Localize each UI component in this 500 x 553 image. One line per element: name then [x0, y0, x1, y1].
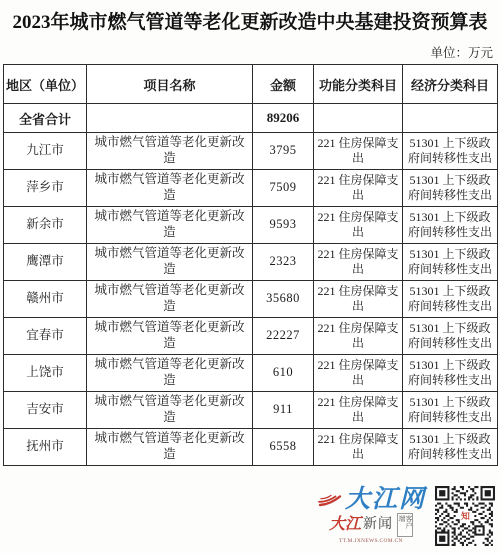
brand-url: TT.M.JXNEWS.COM.CN: [339, 538, 403, 543]
qr-center-mark: 知: [461, 510, 470, 521]
unit-label: 单位：万元: [0, 43, 493, 61]
cell-econ: 51301 上下级政府间转移性支出: [403, 392, 498, 429]
col-header-project: 项目名称: [87, 65, 253, 104]
cell-project: 城市燃气管道等老化更新改造: [87, 281, 253, 318]
cell-func: 221 住房保障支出: [314, 355, 403, 392]
col-header-econ: 经济分类科目: [403, 65, 498, 104]
cell-region: 赣州市: [4, 281, 87, 318]
cell-func: 221 住房保障支出: [314, 207, 403, 244]
dajiang-net-logo: 大江网: [316, 487, 426, 512]
cell-econ: 51301 上下级政府间转移性支出: [403, 207, 498, 244]
cell-region: 九江市: [4, 133, 87, 170]
total-region: 全省合计: [4, 104, 87, 133]
cell-amount: 35680: [253, 281, 314, 318]
cell-project: 城市燃气管道等老化更新改造: [87, 170, 253, 207]
cell-econ: 51301 上下级政府间转移性支出: [403, 133, 498, 170]
cell-region: 宜春市: [4, 318, 87, 355]
cell-project: 城市燃气管道等老化更新改造: [87, 207, 253, 244]
cell-project: 城市燃气管道等老化更新改造: [87, 392, 253, 429]
cell-project: 城市燃气管道等老化更新改造: [87, 318, 253, 355]
cell-func: 221 住房保障支出: [314, 318, 403, 355]
table-row: 九江市 城市燃气管道等老化更新改造 3795 221 住房保障支出 51301 …: [4, 133, 498, 170]
col-header-region: 地区（单位）: [4, 65, 87, 104]
cell-region: 萍乡市: [4, 170, 87, 207]
cell-amount: 22227: [253, 318, 314, 355]
table-row: 上饶市 城市燃气管道等老化更新改造 610 221 住房保障支出 51301 上…: [4, 355, 498, 392]
cell-econ: 51301 上下级政府间转移性支出: [403, 170, 498, 207]
table-row: 抚州市 城市燃气管道等老化更新改造 6558 221 住房保障支出 51301 …: [4, 429, 498, 466]
cell-econ: 51301 上下级政府间转移性支出: [403, 281, 498, 318]
col-header-amount: 金额: [253, 65, 314, 104]
total-econ: [403, 104, 498, 133]
cell-func: 221 住房保障支出: [314, 133, 403, 170]
cell-project: 城市燃气管道等老化更新改造: [87, 429, 253, 466]
cell-region: 鹰潭市: [4, 244, 87, 281]
dajiang-logo-block: 大江网 大江 新闻 客户端 TT.M.JXNEWS.COM.CN: [316, 487, 426, 545]
cell-func: 221 住房保障支出: [314, 392, 403, 429]
table-row: 新余市 城市燃气管道等老化更新改造 9593 221 住房保障支出 51301 …: [4, 207, 498, 244]
col-header-func: 功能分类科目: [314, 65, 403, 104]
cell-amount: 2323: [253, 244, 314, 281]
cell-econ: 51301 上下级政府间转移性支出: [403, 318, 498, 355]
brand-name-main: 大江网: [345, 487, 426, 512]
total-func: [314, 104, 403, 133]
brand-name-dark: 新闻: [363, 518, 393, 532]
table-row-total: 全省合计 89206: [4, 104, 498, 133]
cell-amount: 7509: [253, 170, 314, 207]
table-row: 萍乡市 城市燃气管道等老化更新改造 7509 221 住房保障支出 51301 …: [4, 170, 498, 207]
swoosh-icon: [316, 492, 342, 508]
cell-region: 抚州市: [4, 429, 87, 466]
cell-region: 新余市: [4, 207, 87, 244]
cell-econ: 51301 上下级政府间转移性支出: [403, 355, 498, 392]
total-project: [87, 104, 253, 133]
cell-project: 城市燃气管道等老化更新改造: [87, 133, 253, 170]
page-title: 2023年城市燃气管道等老化更新改造中央基建投资预算表: [2, 7, 498, 34]
cell-amount: 911: [253, 392, 314, 429]
qr-code-icon: 知: [435, 486, 495, 546]
table-row: 赣州市 城市燃气管道等老化更新改造 35680 221 住房保障支出 51301…: [4, 281, 498, 318]
table-row: 吉安市 城市燃气管道等老化更新改造 911 221 住房保障支出 51301 上…: [4, 392, 498, 429]
cell-amount: 9593: [253, 207, 314, 244]
budget-table: 地区（单位） 项目名称 金额 功能分类科目 经济分类科目 全省合计 89206 …: [3, 64, 498, 466]
cell-amount: 3795: [253, 133, 314, 170]
brand-name-red: 大江: [329, 517, 361, 533]
cell-project: 城市燃气管道等老化更新改造: [87, 355, 253, 392]
cell-func: 221 住房保障支出: [314, 429, 403, 466]
cell-func: 221 住房保障支出: [314, 281, 403, 318]
cell-amount: 610: [253, 355, 314, 392]
cell-amount: 6558: [253, 429, 314, 466]
cell-func: 221 住房保障支出: [314, 244, 403, 281]
cell-region: 上饶市: [4, 355, 87, 392]
table-header-row: 地区（单位） 项目名称 金额 功能分类科目 经济分类科目: [4, 65, 498, 104]
document-page: 2023年城市燃气管道等老化更新改造中央基建投资预算表 单位：万元 地区（单位）…: [0, 0, 500, 553]
footer-logos: 大江网 大江 新闻 客户端 TT.M.JXNEWS.COM.CN: [316, 486, 495, 546]
cell-region: 吉安市: [4, 392, 87, 429]
cell-econ: 51301 上下级政府间转移性支出: [403, 244, 498, 281]
table-row: 宜春市 城市燃气管道等老化更新改造 22227 221 住房保障支出 51301…: [4, 318, 498, 355]
brand-client-label: 客户端: [397, 513, 413, 537]
cell-func: 221 住房保障支出: [314, 170, 403, 207]
dajiang-news-logo: 大江 新闻 客户端: [329, 513, 413, 537]
table-row: 鹰潭市 城市燃气管道等老化更新改造 2323 221 住房保障支出 51301 …: [4, 244, 498, 281]
total-amount: 89206: [253, 104, 314, 133]
cell-econ: 51301 上下级政府间转移性支出: [403, 429, 498, 466]
cell-project: 城市燃气管道等老化更新改造: [87, 244, 253, 281]
